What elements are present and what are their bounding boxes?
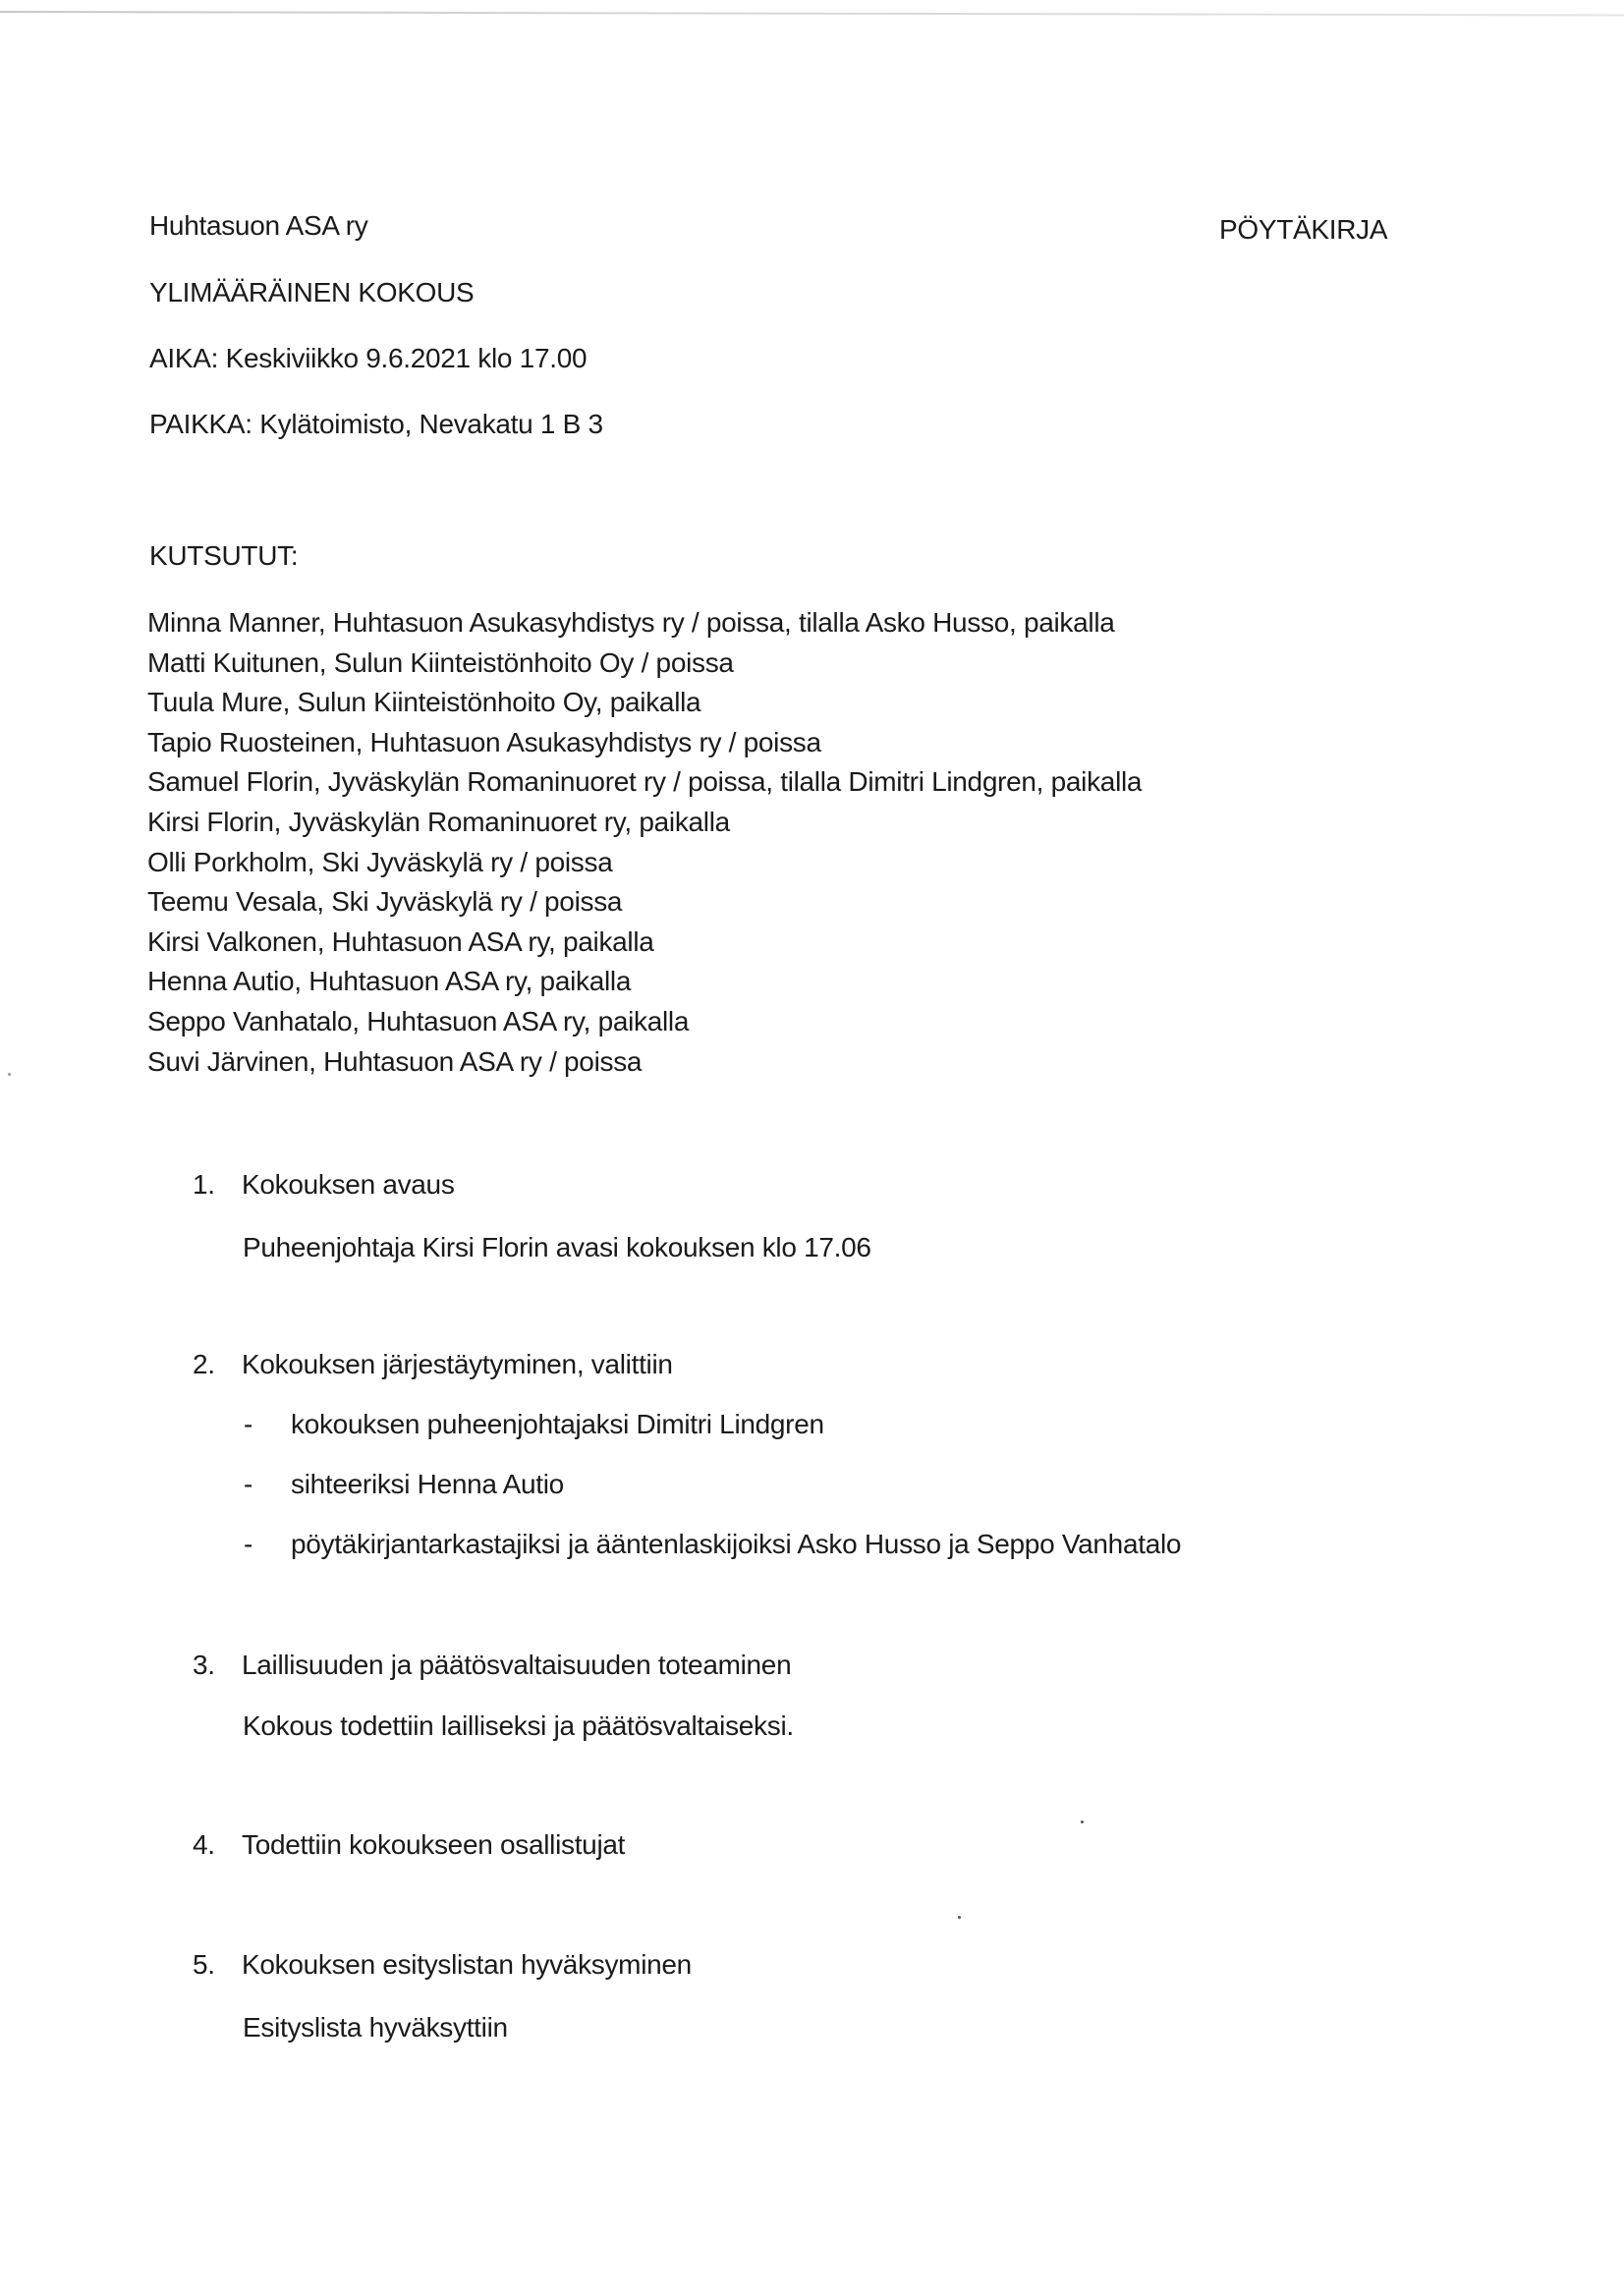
invitee-item: Kirsi Florin, Jyväskylän Romaninuoret ry…	[147, 803, 1142, 843]
bullet-text: kokouksen puheenjohtajaksi Dimitri Lindg…	[291, 1409, 824, 1439]
agenda-item-number: 1.	[193, 1169, 242, 1201]
agenda-item-title: Kokouksen avaus	[242, 1169, 455, 1201]
agenda-item-3: 3.Laillisuuden ja päätösvaltaisuuden tot…	[193, 1650, 791, 1681]
invitee-item: Olli Porkholm, Ski Jyväskylä ry / poissa	[147, 843, 1142, 883]
invitee-item: Suvi Järvinen, Huhtasuon ASA ry / poissa	[147, 1042, 1142, 1083]
agenda-item-4: 4.Todettiin kokoukseen osallistujat	[193, 1829, 625, 1861]
bullet-dash: -	[244, 1409, 291, 1440]
invitee-item: Henna Autio, Huhtasuon ASA ry, paikalla	[147, 962, 1142, 1002]
agenda-item-2: 2.Kokouksen järjestäytyminen, valittiin	[193, 1349, 673, 1380]
bullet-dash: -	[244, 1469, 291, 1500]
invitee-item: Teemu Vesala, Ski Jyväskylä ry / poissa	[147, 882, 1142, 923]
invitee-list: Minna Manner, Huhtasuon Asukasyhdistys r…	[147, 603, 1142, 1082]
invitee-item: Minna Manner, Huhtasuon Asukasyhdistys r…	[147, 603, 1142, 644]
agenda-item-2-bullet: -pöytäkirjantarkastajiksi ja ääntenlaski…	[244, 1529, 1181, 1560]
invited-heading: KUTSUTUT:	[149, 540, 298, 572]
meeting-place: PAIKKA: Kylätoimisto, Nevakatu 1 B 3	[149, 409, 603, 440]
scan-speck	[958, 1916, 961, 1919]
document-type: PÖYTÄKIRJA	[1219, 214, 1387, 246]
agenda-item-number: 5.	[193, 1949, 242, 1981]
bullet-dash: -	[244, 1529, 291, 1560]
meeting-type: YLIMÄÄRÄINEN KOKOUS	[149, 277, 474, 308]
agenda-item-2-bullet: -sihteeriksi Henna Autio	[244, 1469, 564, 1500]
meeting-time: AIKA: Keskiviikko 9.6.2021 klo 17.00	[149, 343, 587, 374]
agenda-item-1: 1.Kokouksen avaus	[193, 1169, 455, 1201]
invitee-item: Matti Kuitunen, Sulun Kiinteistönhoito O…	[147, 644, 1142, 684]
scan-speck	[1081, 1820, 1084, 1823]
scan-speck	[8, 1073, 11, 1076]
invitee-item: Seppo Vanhatalo, Huhtasuon ASA ry, paika…	[147, 1002, 1142, 1042]
agenda-item-title: Laillisuuden ja päätösvaltaisuuden totea…	[242, 1650, 791, 1681]
agenda-item-2-bullet: -kokouksen puheenjohtajaksi Dimitri Lind…	[244, 1409, 824, 1440]
invitee-item: Tapio Ruosteinen, Huhtasuon Asukasyhdist…	[147, 723, 1142, 763]
agenda-item-title: Todettiin kokoukseen osallistujat	[242, 1829, 625, 1861]
agenda-item-title: Kokouksen järjestäytyminen, valittiin	[242, 1349, 673, 1380]
invitee-item: Samuel Florin, Jyväskylän Romaninuoret r…	[147, 762, 1142, 803]
bullet-text: pöytäkirjantarkastajiksi ja ääntenlaskij…	[291, 1529, 1181, 1559]
agenda-item-number: 2.	[193, 1349, 242, 1380]
agenda-item-title: Kokouksen esityslistan hyväksyminen	[242, 1949, 692, 1981]
agenda-item-number: 3.	[193, 1650, 242, 1681]
bullet-text: sihteeriksi Henna Autio	[291, 1469, 564, 1499]
agenda-item-1-detail: Puheenjohtaja Kirsi Florin avasi kokouks…	[243, 1232, 871, 1263]
organization-name: Huhtasuon ASA ry	[149, 210, 367, 242]
agenda-item-5: 5.Kokouksen esityslistan hyväksyminen	[193, 1949, 692, 1981]
scan-edge-line	[0, 11, 1624, 16]
agenda-item-5-detail: Esityslista hyväksyttiin	[243, 2012, 508, 2044]
agenda-item-3-detail: Kokous todettiin lailliseksi ja päätösva…	[243, 1710, 794, 1742]
invitee-item: Tuula Mure, Sulun Kiinteistönhoito Oy, p…	[147, 683, 1142, 723]
agenda-item-number: 4.	[193, 1829, 242, 1861]
invitee-item: Kirsi Valkonen, Huhtasuon ASA ry, paikal…	[147, 923, 1142, 963]
